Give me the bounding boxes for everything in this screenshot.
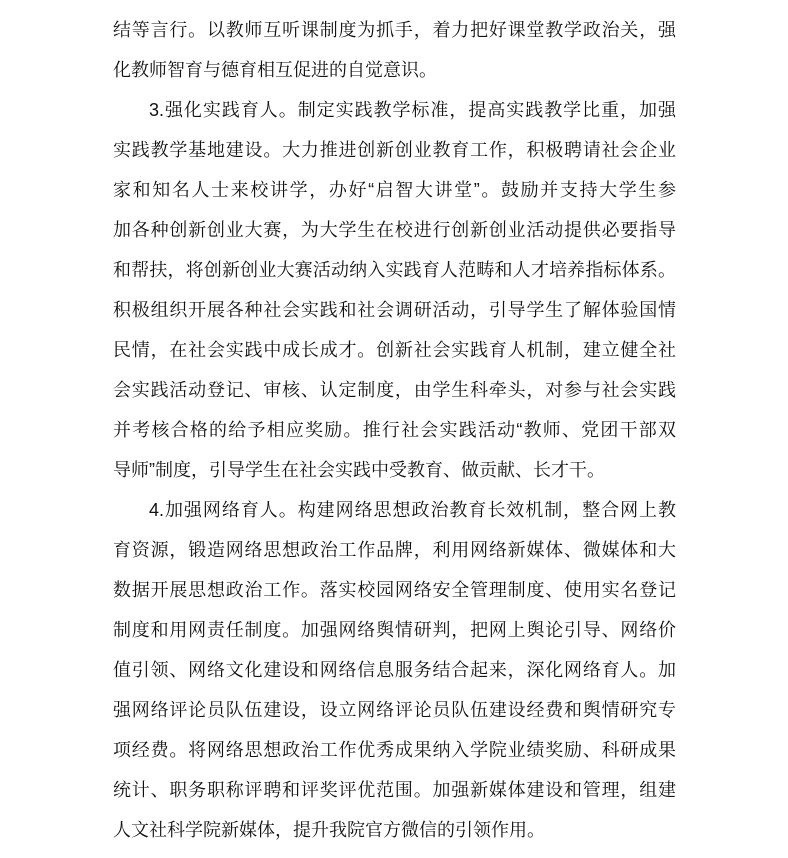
document-page: 结等言行。以教师互听课制度为抓手，着力把好课堂教学政治关，强化教师智育与德育相互…: [0, 0, 788, 858]
text-line: 制度和用网责任制度。加强网络舆情研判，把网上舆论引导、网络价: [113, 610, 676, 650]
text-line: 数据开展思想政治工作。落实校园网络安全管理制度、使用实名登记: [113, 570, 676, 610]
text-line: 加各种创新创业大赛，为大学生在校进行创新创业活动提供必要指导: [113, 210, 676, 250]
text-line: 育资源，锻造网络思想政治工作品牌，利用网络新媒体、微媒体和大: [113, 530, 676, 570]
text-line: 和帮扶，将创新创业大赛活动纳入实践育人范畴和人才培养指标体系。: [113, 250, 676, 290]
text-line: 人文社科学院新媒体，提升我院官方微信的引领作用。: [113, 810, 676, 850]
text-line: 强网络评论员队伍建设，设立网络评论员队伍建设经费和舆情研究专: [113, 690, 676, 730]
text-line: 项经费。将网络思想政治工作优秀成果纳入学院业绩奖励、科研成果: [113, 730, 676, 770]
text-line: 家和知名人士来校讲学，办好“启智大讲堂”。鼓励并支持大学生参: [113, 170, 676, 210]
text-line: 值引领、网络文化建设和网络信息服务结合起来，深化网络育人。加: [113, 650, 676, 690]
text-line: 导师”制度，引导学生在社会实践中受教育、做贡献、长才干。: [113, 450, 676, 490]
text-line: 统计、职务职称评聘和评奖评优范围。加强新媒体建设和管理，组建: [113, 770, 676, 810]
document-text-block: 结等言行。以教师互听课制度为抓手，着力把好课堂教学政治关，强化教师智育与德育相互…: [113, 10, 676, 850]
text-line: 4.加强网络育人。构建网络思想政治教育长效机制，整合网上教: [113, 490, 676, 530]
text-line: 会实践活动登记、审核、认定制度，由学生科牵头，对参与社会实践: [113, 370, 676, 410]
text-line: 积极组织开展各种社会实践和社会调研活动，引导学生了解体验国情: [113, 290, 676, 330]
text-line: 3.强化实践育人。制定实践教学标准，提高实践教学比重，加强: [113, 90, 676, 130]
text-line: 结等言行。以教师互听课制度为抓手，着力把好课堂教学政治关，强: [113, 10, 676, 50]
text-line: 实践教学基地建设。大力推进创新创业教育工作，积极聘请社会企业: [113, 130, 676, 170]
text-line: 化教师智育与德育相互促进的自觉意识。: [113, 50, 676, 90]
text-line: 并考核合格的给予相应奖励。推行社会实践活动“教师、党团干部双: [113, 410, 676, 450]
text-line: 民情，在社会实践中成长成才。创新社会实践育人机制，建立健全社: [113, 330, 676, 370]
